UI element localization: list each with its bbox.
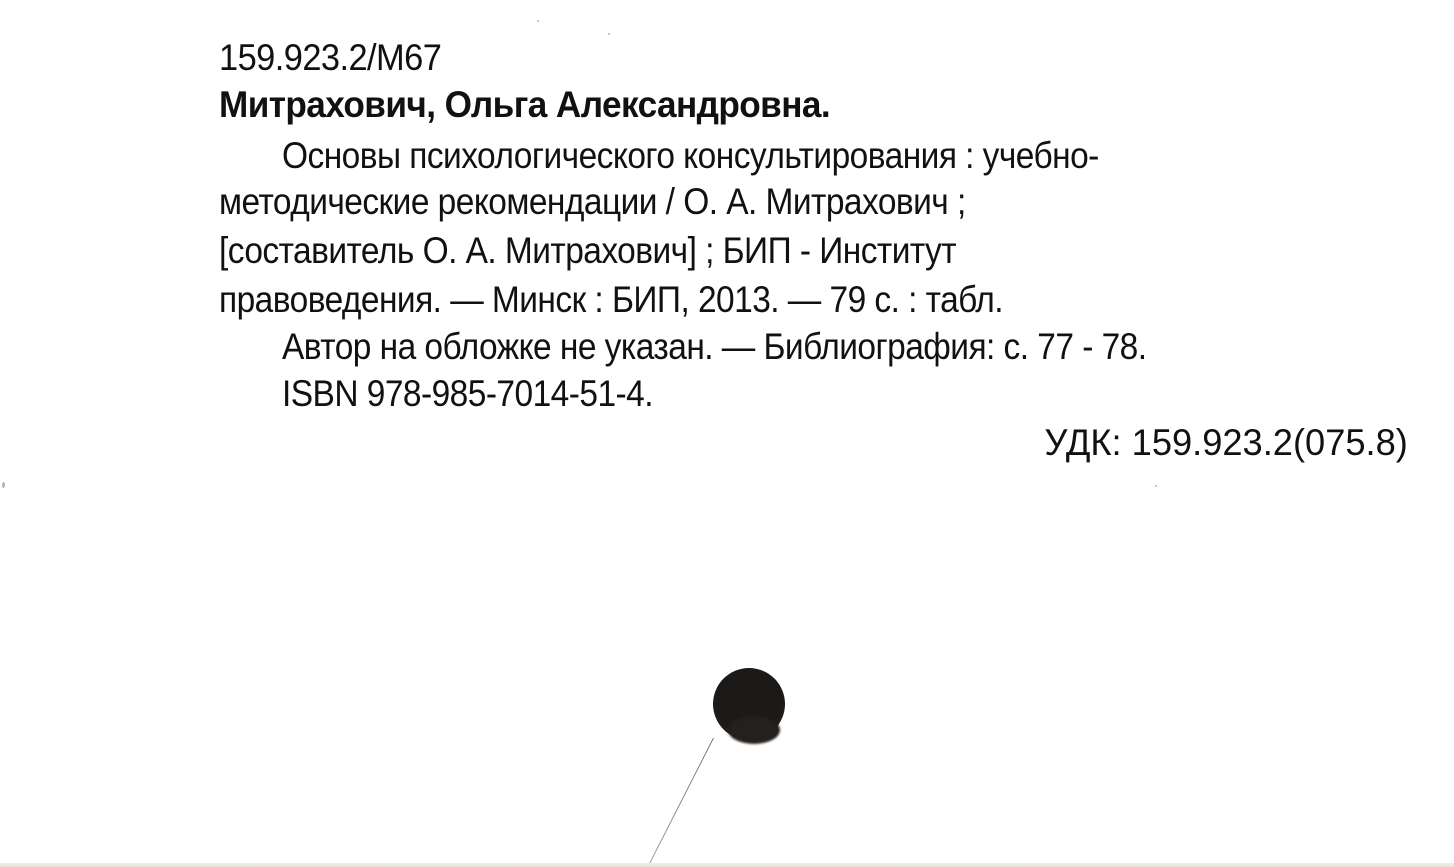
scan-speck bbox=[608, 33, 610, 35]
title-line-2: методические рекомендации / О. А. Митрах… bbox=[219, 180, 966, 224]
author-heading: Митрахович, Ольга Александровна. bbox=[219, 83, 830, 127]
card-string bbox=[647, 738, 714, 867]
udc-classification: УДК: 159.923.2(075.8) bbox=[1045, 421, 1408, 465]
punch-hole-smudge bbox=[728, 716, 780, 744]
scan-speck bbox=[537, 20, 539, 22]
catalog-card: 159.923.2/М67 Митрахович, Ольга Александ… bbox=[0, 0, 1454, 867]
shelfmark: 159.923.2/М67 bbox=[219, 36, 441, 80]
title-line-1: Основы психологического консультирования… bbox=[282, 134, 1099, 178]
isbn: ISBN 978-985-7014-51-4. bbox=[282, 372, 653, 416]
card-bottom-edge bbox=[0, 863, 1454, 867]
scan-speck bbox=[2, 482, 5, 488]
title-line-4: правоведения. — Минск : БИП, 2013. — 79 … bbox=[219, 278, 1003, 322]
title-line-3: [составитель О. А. Митрахович] ; БИП - И… bbox=[219, 229, 956, 273]
bibliographic-note: Автор на обложке не указан. — Библиограф… bbox=[282, 325, 1146, 369]
scan-speck bbox=[1155, 485, 1157, 487]
